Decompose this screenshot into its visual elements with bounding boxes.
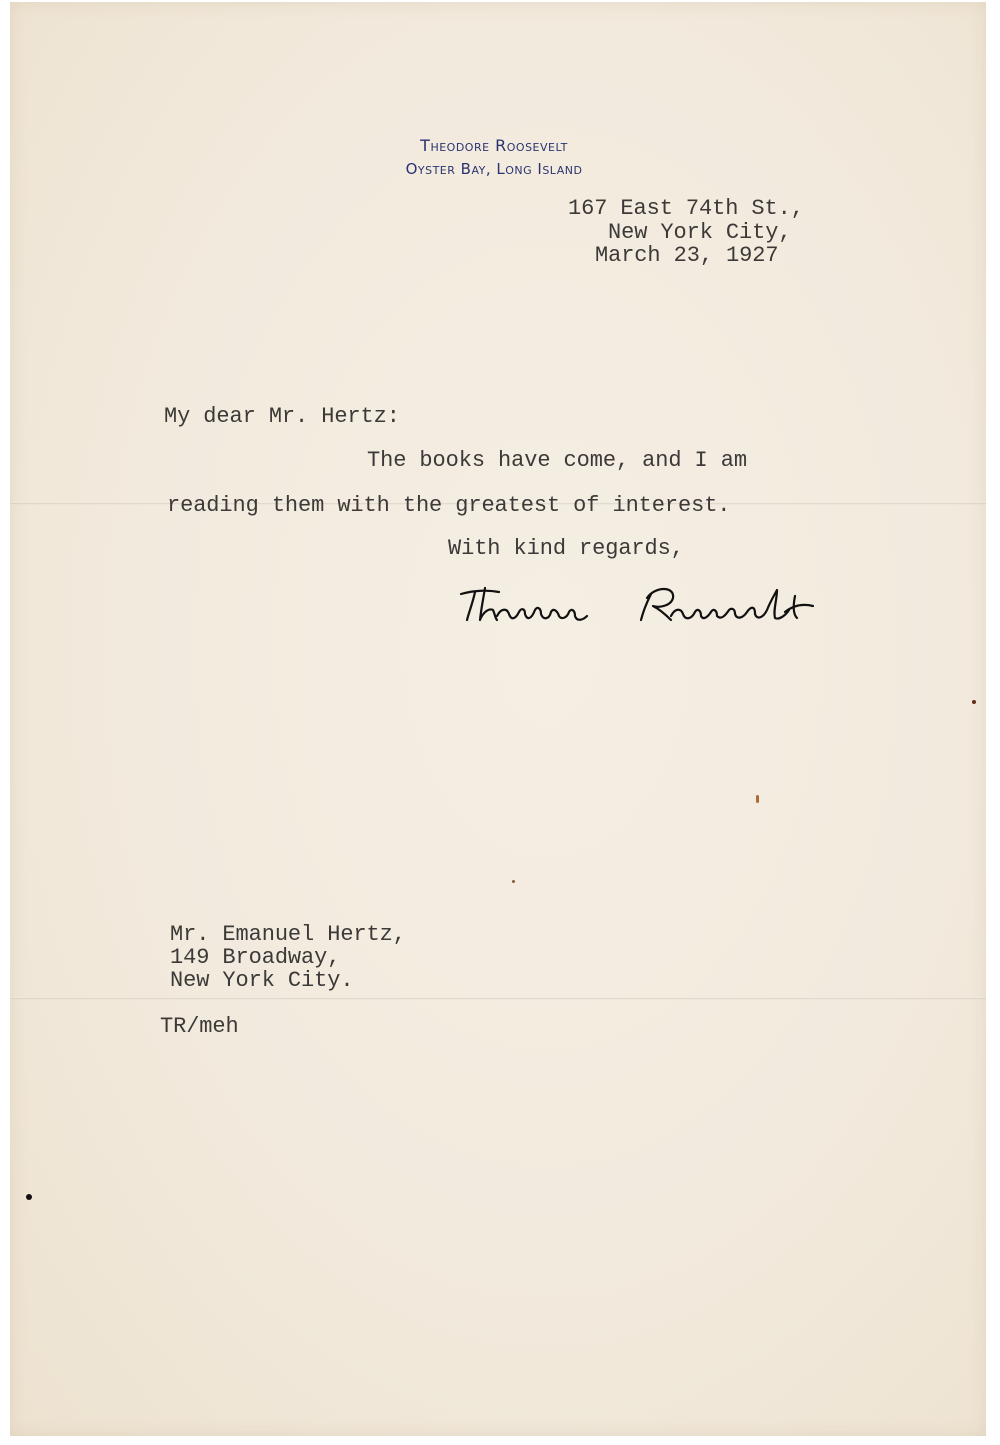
body-line-1: The books have come, and I am [367, 449, 747, 473]
recipient-city: New York City. [170, 969, 353, 993]
stain-spot [972, 700, 976, 704]
scanned-letter-page: Theodore Roosevelt Oyster Bay, Long Isla… [0, 0, 1000, 1445]
letterhead-place: Oyster Bay, Long Island [364, 160, 624, 178]
salutation: My dear Mr. Hertz: [164, 405, 400, 429]
fold-line [10, 997, 986, 1000]
sender-address-city: New York City, [608, 221, 791, 245]
body-line-2: reading them with the greatest of intere… [167, 494, 730, 518]
letter-date: March 23, 1927 [595, 244, 778, 268]
recipient-name: Mr. Emanuel Hertz, [170, 923, 406, 947]
reference-initials: TR/meh [160, 1015, 239, 1039]
stain-spot [756, 795, 759, 803]
stain-spot [512, 880, 515, 883]
closing: With kind regards, [448, 537, 684, 561]
sender-address-street: 167 East 74th St., [568, 197, 804, 221]
letterhead-name: Theodore Roosevelt [374, 136, 614, 155]
letter-paper [10, 2, 986, 1436]
recipient-street: 149 Broadway, [170, 946, 340, 970]
handwritten-signature [455, 576, 875, 636]
ink-spot [26, 1194, 32, 1200]
